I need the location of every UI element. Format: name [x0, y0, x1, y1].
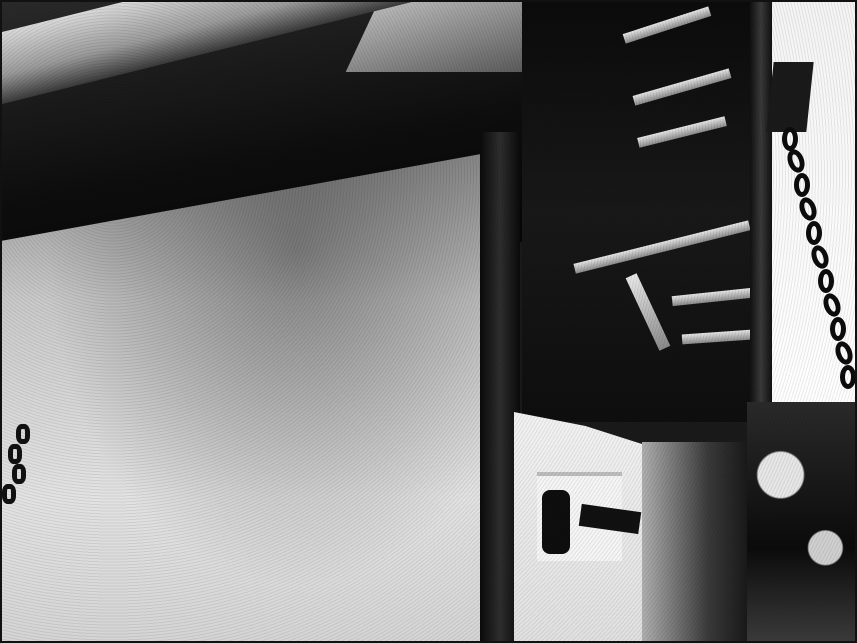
chain-link	[818, 269, 834, 293]
chain-link	[784, 147, 807, 175]
chain-bracket	[766, 62, 813, 132]
chain-link	[808, 243, 831, 271]
foliage	[747, 402, 857, 643]
rafter	[623, 6, 712, 43]
rafter	[633, 68, 732, 105]
chain-link	[806, 221, 822, 245]
chain-link	[820, 291, 843, 319]
rafter	[637, 116, 727, 147]
rafter	[573, 220, 750, 273]
rafter	[682, 330, 753, 345]
rafter-ceiling	[522, 2, 757, 422]
corridor-wall	[642, 442, 752, 643]
chain-link	[794, 173, 810, 197]
chain-link	[796, 195, 819, 223]
chain-link	[840, 365, 856, 389]
chain-link	[782, 127, 798, 151]
chain-link	[830, 317, 846, 341]
photograph: Grainy high-contrast black-and-white pho…	[0, 0, 857, 643]
rafter	[626, 273, 671, 351]
chain-link	[8, 444, 22, 464]
wall-chain-fragment	[2, 424, 34, 508]
support-post	[750, 2, 772, 432]
window-pane	[542, 490, 570, 554]
chain-link	[2, 484, 16, 504]
hanging-chain	[780, 127, 850, 427]
chain-link	[12, 464, 26, 484]
rafter	[672, 288, 753, 306]
chain-link	[16, 424, 30, 444]
